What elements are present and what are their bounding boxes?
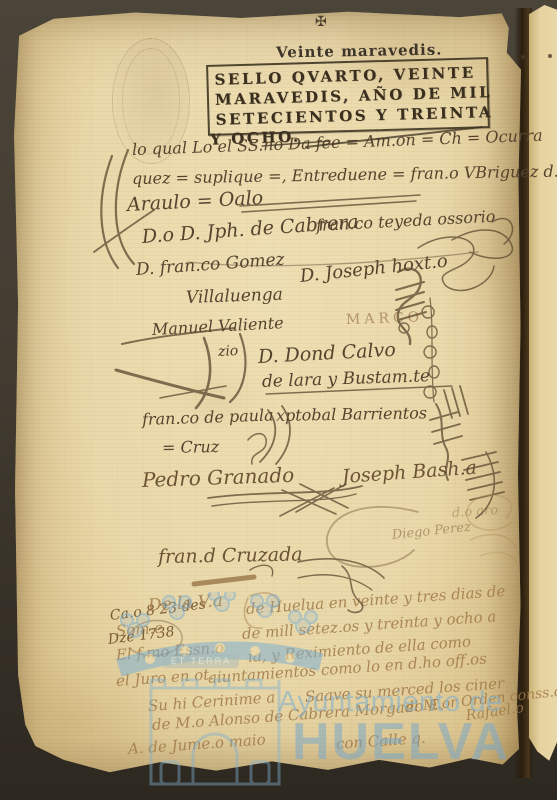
signature: de lara y Bustam.te xyxy=(262,366,431,392)
signature: D. Dond Calvo xyxy=(257,339,396,368)
signature: D. fran.co Gomez xyxy=(135,250,285,280)
signature: Villaluenga xyxy=(186,285,283,308)
body-line: Araulo = Oalo xyxy=(126,187,263,216)
body-line: quez = suplique =, Entreduene = fran.o V… xyxy=(132,162,557,188)
signature: fran.co de paula xyxy=(142,405,274,429)
invocation-cross-mark: ✠ xyxy=(315,14,327,30)
signature: D. Joseph hoxt.o xyxy=(299,251,449,287)
closing-line: el Juro en ot. xyxy=(115,665,214,690)
marco-faint-note: MARCO xyxy=(346,309,424,328)
manuscript-scan: ✠ Veinte maravedis. SELLO QVARTO, VEINTE… xyxy=(0,0,557,800)
signature: = Cruz xyxy=(162,437,219,457)
signature: fran.d Cruzada xyxy=(158,543,303,568)
page-content: ✠ Veinte maravedis. SELLO QVARTO, VEINTE… xyxy=(0,0,557,800)
watermark-city: HUELVA xyxy=(292,712,510,772)
signature: xptobal Barrientos xyxy=(276,403,427,425)
closing-line: Som.e xyxy=(115,619,163,640)
closing-line: De la V.a xyxy=(147,591,223,616)
signature: zio xyxy=(218,343,239,360)
shield-left-icon xyxy=(161,762,179,784)
signature: Pedro Granado xyxy=(142,463,295,492)
signature: fran.co teyeda ossorio xyxy=(316,207,496,235)
shield-right-icon xyxy=(251,762,269,784)
signature: Manuel Valiente xyxy=(152,313,285,339)
signature: Joseph Bash.a xyxy=(341,457,477,488)
closing-line: A. de Jume.o maio xyxy=(127,730,266,758)
fiscal-stamp-box: SELLO QVARTO, VEINTE MARAVEDIS, AÑO DE M… xyxy=(206,57,490,136)
signature: d.o aro xyxy=(451,503,498,521)
signature: Diego Perez xyxy=(391,520,471,543)
